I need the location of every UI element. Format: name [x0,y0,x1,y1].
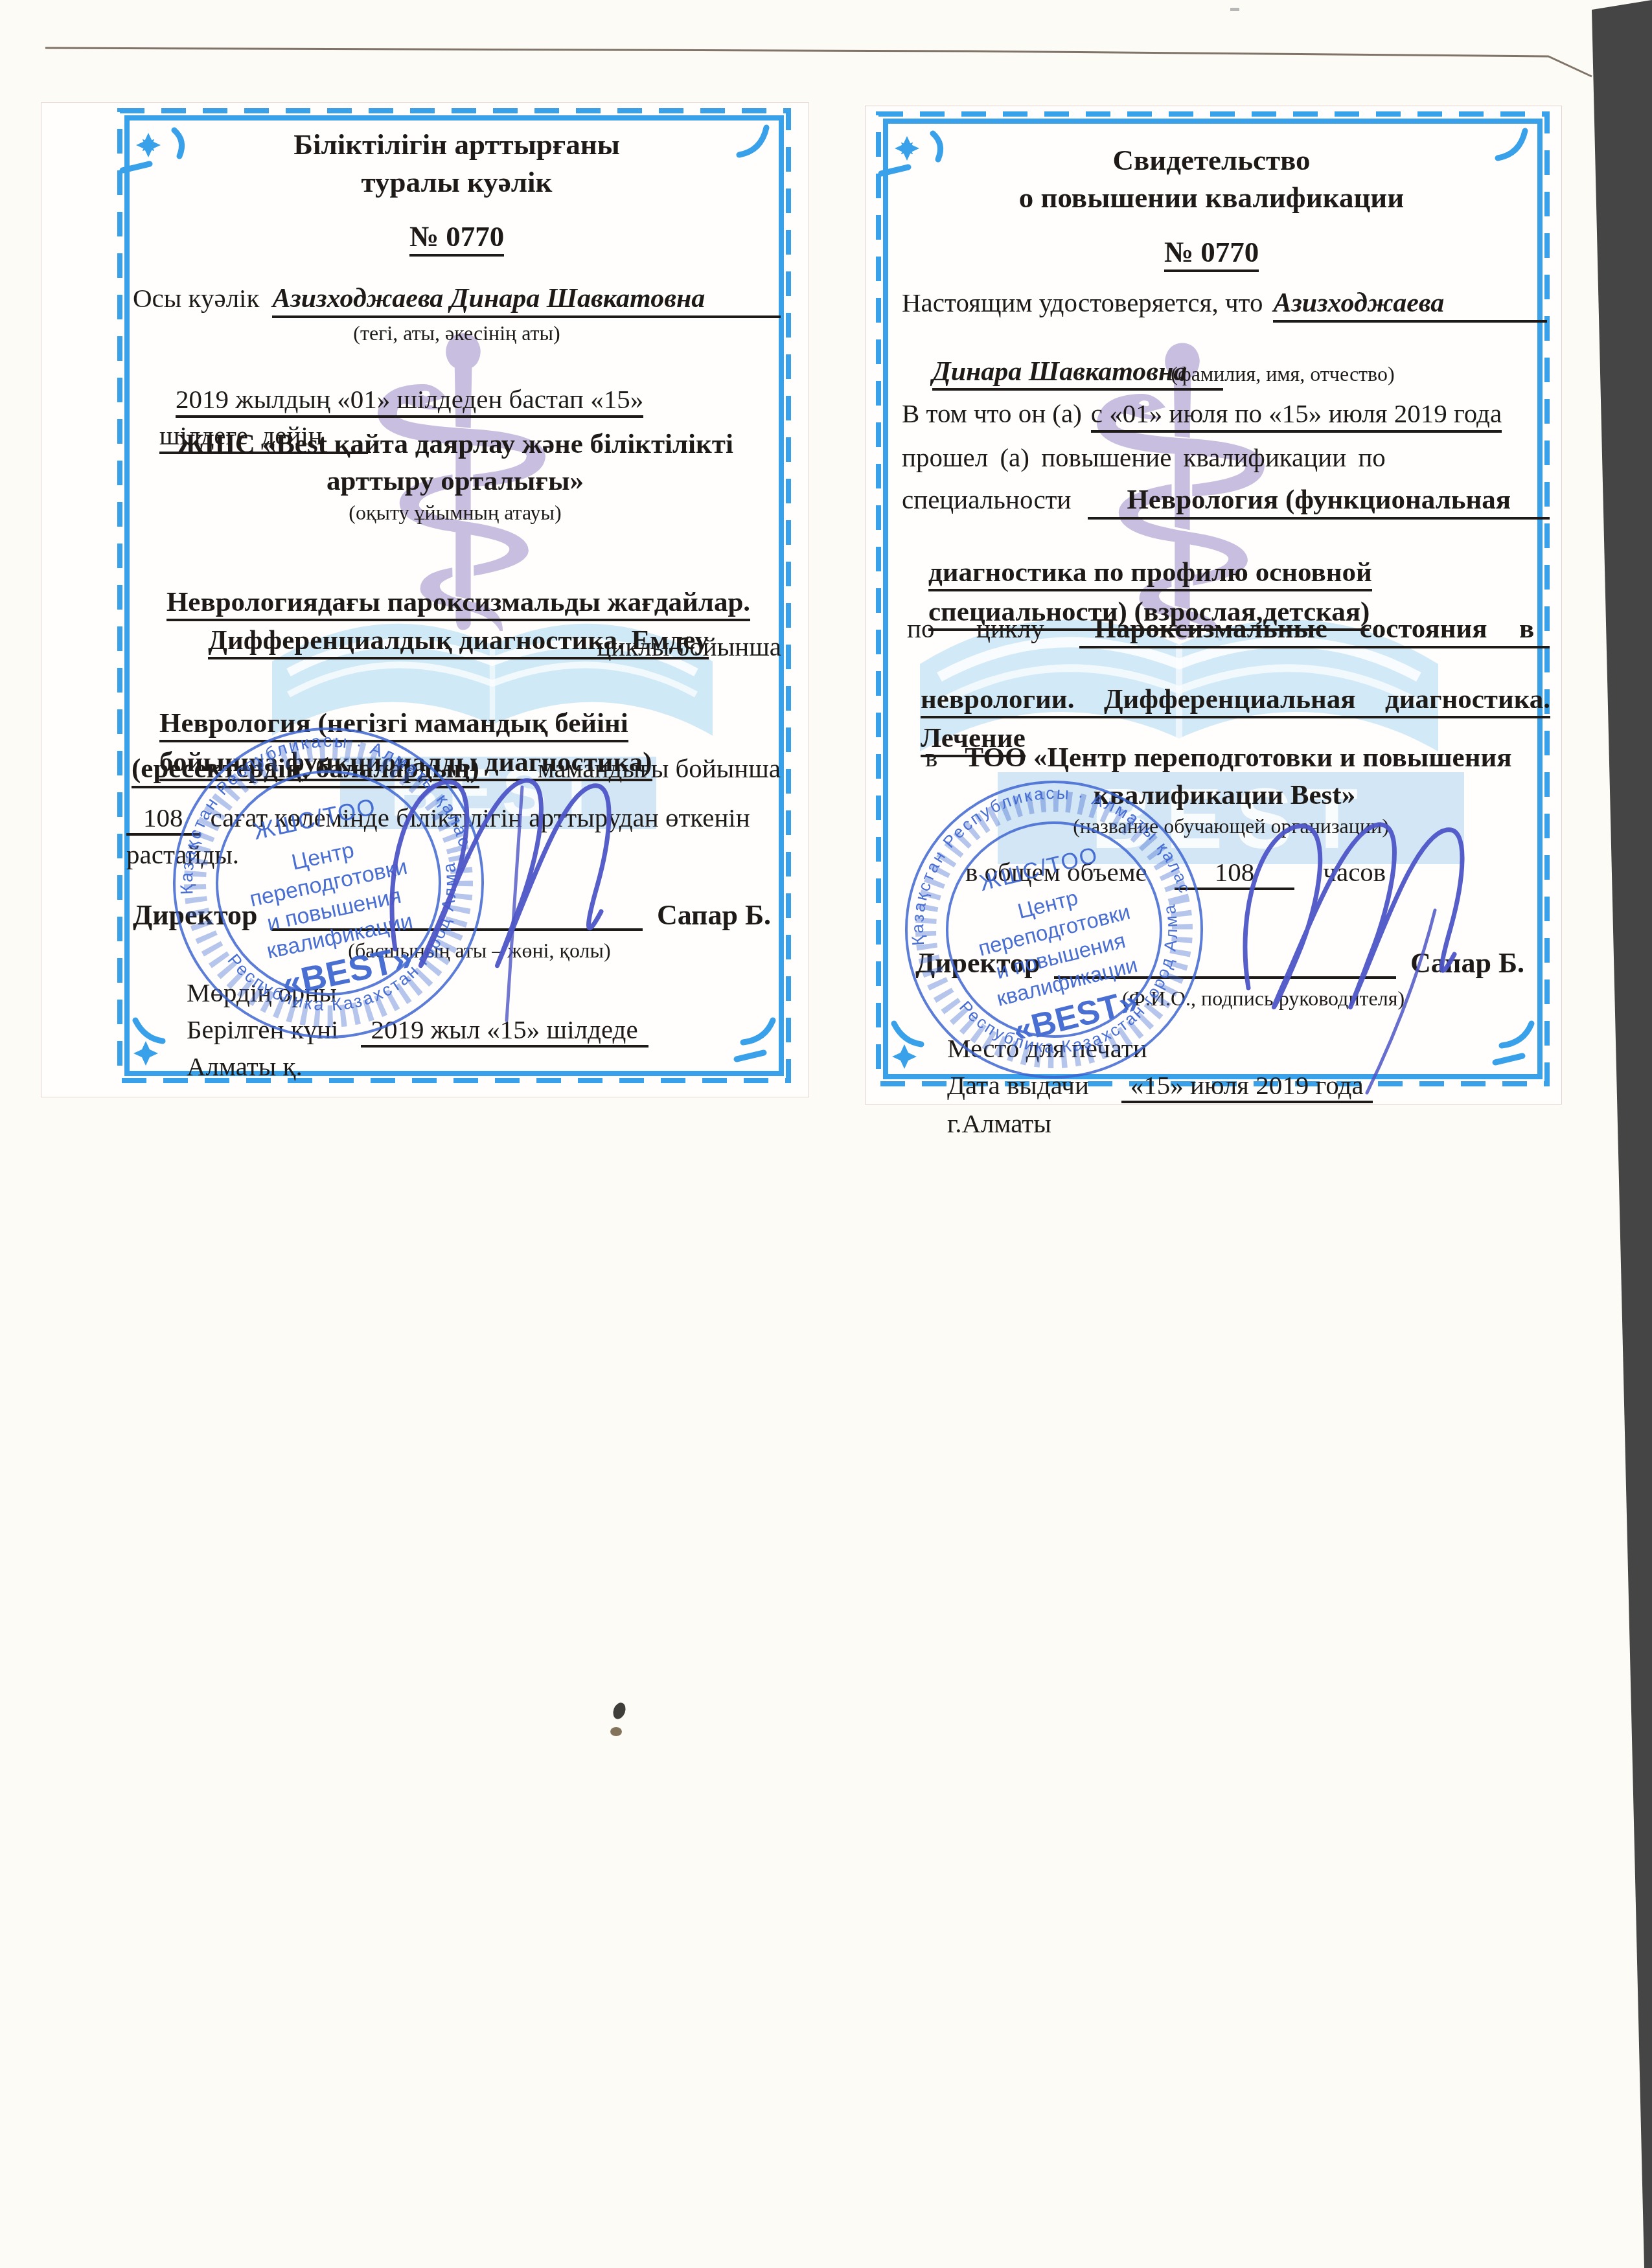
left-city: Алматы қ. [187,1052,303,1082]
scanner-edge-shadow [1592,0,1652,2268]
right-organization-row: в ТОО «Центр переподготовки и повышения [925,742,1512,773]
right-title-line2: о повышении квалификации [881,181,1542,214]
signature-ink [369,748,641,1027]
right-holder-row: Настоящим удостоверяется, что Азизходжае… [902,288,1547,323]
left-holder-name: Азизходжаева Динара Шавкатовна [272,284,781,318]
right-certificate-number: № 0770 [881,236,1542,268]
stamp-org-type: ЖШС/ТОО [977,842,1101,896]
right-holder-name-part1: Азизходжаева [1273,288,1547,323]
right-spec-line1: Неврология (функциональная [1088,485,1550,520]
left-holder-row: Осы куәлік Азизходжаева Динара Шавкатовн… [133,284,781,318]
left-organization-line2: арттыру орталығы» [126,466,784,497]
left-name-hint: (тегі, аты, әкесінің аты) [165,322,748,345]
right-title: Свидетельство [881,144,1542,176]
right-organization-prefix: в [925,743,937,773]
right-passed-line: прошел (а) повышение квалификации по [902,443,1386,473]
right-cycle-row: по циклу Пароксизмальные состояния в [907,613,1550,648]
right-period-text: с «01» июля по «15» июля 2019 года [1091,399,1502,433]
left-cycle-suffix: циклы бойынша [453,632,781,662]
right-name-hint: (фамилия, имя, отчество) [1101,363,1464,386]
right-period-prefix: В том что он (а) [902,399,1082,429]
right-cycle-label: по циклу [907,614,1044,644]
right-spec-label: специальности [902,485,1071,515]
left-title: Біліктілігін арттырғаны [130,128,784,161]
left-title-line2: туралы куәлік [130,166,784,198]
round-stamp-seal: Қазақстан Республикасы · Алматы қаласы ·… [902,777,1206,1082]
signature-ink [1221,794,1500,1098]
left-intro-label: Осы куәлік [133,284,259,314]
right-cycle-line1: Пароксизмальные состояния в [1079,613,1550,648]
left-director-name: Сапар Б. [657,899,771,931]
right-intro-label: Настоящим удостоверяется, что [902,288,1263,318]
left-certificate-number: № 0770 [130,220,784,253]
left-organization-line1: ЖШС «Best қайта даярлау және біліктілікт… [126,429,784,460]
right-spec-row: специальности Неврология (функциональная [902,485,1550,520]
scanned-page: ⚕ BEST ⚕ BEST [0,0,1652,2268]
right-city: г.Алматы [947,1109,1051,1139]
left-organization-hint: (оқыту ұйымның атауы) [126,501,784,525]
right-period-row: В том что он (а) с «01» июля по «15» июл… [902,399,1502,433]
right-organization-line1: ТОО «Центр переподготовки и повышения [965,742,1511,773]
stamp-org-type: ЖШС/ТОО [251,793,378,845]
